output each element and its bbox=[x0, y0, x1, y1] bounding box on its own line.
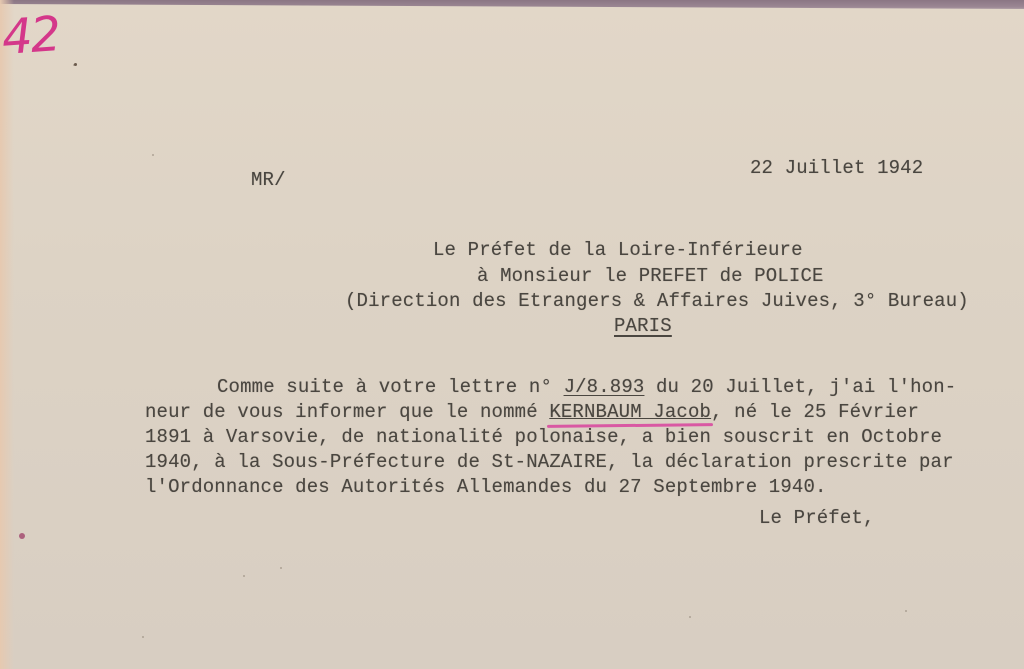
recipient-line: à Monsieur le PREFET de POLICE bbox=[477, 264, 824, 289]
recipient-department: (Direction des Etrangers & Affaires Juiv… bbox=[345, 289, 969, 314]
page-left-edge bbox=[0, 0, 14, 669]
body-line-5: l'Ordonnance des Autorités Allemandes du… bbox=[145, 475, 827, 500]
sender-line: Le Préfet de la Loire-Inférieure bbox=[433, 238, 803, 263]
letter-reference-number: J/8.893 bbox=[564, 376, 645, 398]
document-page: 42 MR/ 22 Juillet 1942 Le Préfet de la L… bbox=[0, 0, 1024, 669]
body-text: Comme suite à votre lettre n° bbox=[217, 376, 564, 398]
paper-speck bbox=[243, 575, 245, 577]
signature-line: Le Préfet, bbox=[759, 506, 875, 531]
body-line-1: Comme suite à votre lettre n° J/8.893 du… bbox=[217, 375, 956, 400]
person-name-highlighted: KERNBAUM Jacob bbox=[549, 401, 711, 423]
page-top-edge bbox=[0, 0, 1024, 10]
body-line-4: 1940, à la Sous-Préfecture de St-NAZAIRE… bbox=[145, 450, 954, 475]
handwritten-folio-number: 42 bbox=[0, 10, 60, 62]
recipient-city: PARIS bbox=[614, 314, 672, 339]
body-line-2: neur de vous informer que le nommé KERNB… bbox=[145, 400, 919, 425]
paper-speck bbox=[280, 567, 282, 569]
body-line-3: 1891 à Varsovie, de nationalité polonais… bbox=[145, 425, 942, 450]
reference-initials: MR/ bbox=[251, 168, 286, 193]
folio-dot bbox=[74, 63, 77, 66]
body-text: , né le 25 Février bbox=[711, 401, 919, 423]
paper-speck bbox=[689, 616, 691, 618]
paper-speck bbox=[142, 636, 144, 638]
body-text: neur de vous informer que le nommé bbox=[145, 401, 549, 423]
body-text: du 20 Juillet, j'ai l'hon- bbox=[644, 376, 956, 398]
paper-speck bbox=[905, 610, 907, 612]
paper-speck bbox=[152, 154, 154, 156]
ink-mark bbox=[19, 533, 25, 539]
letter-date: 22 Juillet 1942 bbox=[750, 156, 923, 181]
